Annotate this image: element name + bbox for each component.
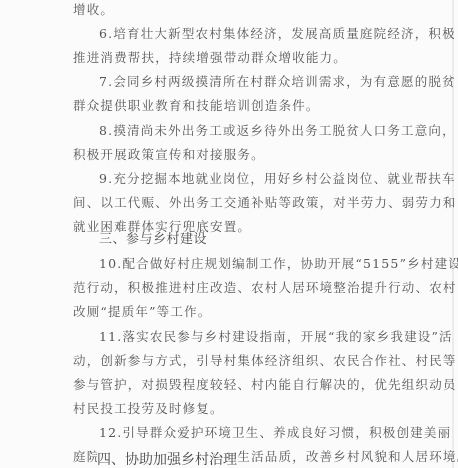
paragraph-10-line-1: 10.配合做好村庄规划编制工作，协助开展“5155”乡村建设示 [99, 256, 458, 272]
paragraph-8-line-2: 积极开展政策宣传和对接服务。 [73, 147, 265, 163]
section-3-heading: 三、参与乡村建设 [99, 232, 207, 248]
paragraph-12-line-1: 12.引导群众爱护环境卫生、养成良好习惯，积极创建美丽 [99, 425, 451, 441]
paragraph-11-line-1: 11.落实农民参与乡村建设指南，开展“我的家乡我建设”活 [99, 329, 453, 345]
paragraph-11-line-4: 村民投工投劳及时修复。 [73, 401, 224, 417]
paragraph-11-line-3: 参与管护，对损毁程度较轻、村内能自行解决的，优先组织动员 [73, 377, 457, 393]
paragraph-11-line-2: 动，创新参与方式，引导村集体经济组织、农民合作社、村民等 [73, 353, 457, 369]
paragraph-7-line-2: 群众提供职业教育和技能培训创造条件。 [73, 98, 320, 114]
paragraph-10-line-2: 范行动，积极推进村庄改造、农村人居环境整治提升行动、农村 [73, 280, 457, 296]
paragraph-9-line-1: 9.充分挖掘本地就业岗位，用好乡村公益岗位、就业帮扶车 [99, 171, 456, 187]
section-4-heading: 四、协助加强乡村治理 [97, 450, 237, 468]
paragraph-10-line-3: 改厕“提质年”等工作。 [73, 304, 211, 320]
paragraph-line: 增收。 [73, 2, 114, 18]
paragraph-6-line-1: 6.培育壮大新型农村集体经济，发展高质量庭院经济，积极 [99, 26, 456, 42]
paragraph-8-line-1: 8.摸清尚未外出务工或返乡待外出务工脱贫人口务工意向， [99, 123, 456, 139]
scan-edge-shadow [452, 0, 454, 468]
paragraph-7-line-1: 7.会同乡村两级摸清所在村群众培训需求，为有意愿的脱贫 [99, 74, 456, 90]
paragraph-9-line-2: 间、以工代赈、外出务工交通补贴等政策，对半劳力、弱劳力和 [73, 195, 457, 211]
paragraph-6-line-2: 推进消费帮扶，持续增强带动群众增收能力。 [73, 50, 347, 66]
